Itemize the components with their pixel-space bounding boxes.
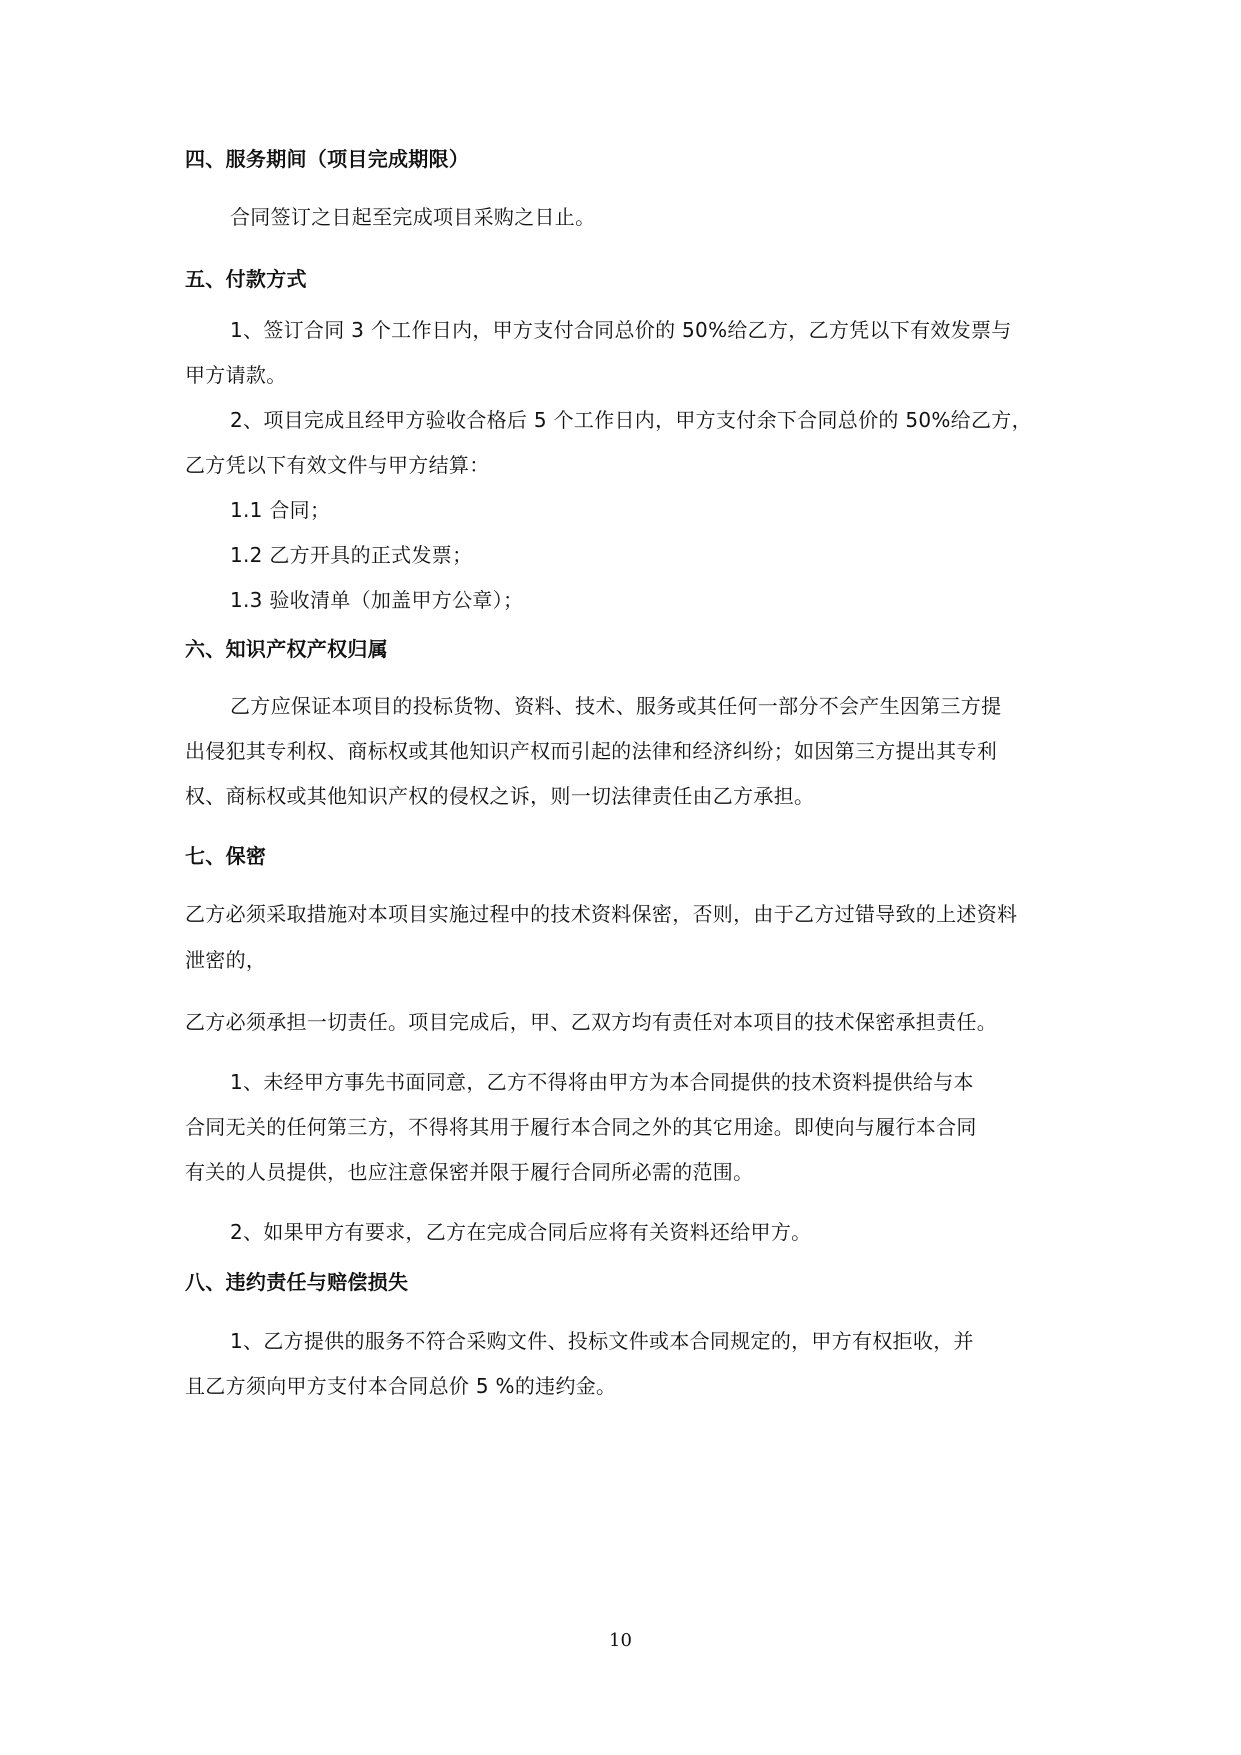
paragraph-line: 甲方请款。	[185, 361, 287, 389]
paragraph-line: 2、项目完成且经甲方验收合格后 5 个工作日内，甲方支付余下合同总价的 50%给…	[230, 406, 1032, 434]
paragraph-line: 泄密的，	[185, 946, 266, 974]
paragraph-line: 合同签订之日起至完成项目采购之日止。	[230, 203, 595, 231]
paragraph-line: 2、如果甲方有要求，乙方在完成合同后应将有关资料还给甲方。	[230, 1218, 811, 1246]
list-item: 1.2 乙方开具的正式发票；	[230, 541, 472, 569]
paragraph-line: 合同无关的任何第三方，不得将其用于履行本合同之外的其它用途。即使向与履行本合同	[185, 1113, 977, 1141]
paragraph-line: 1、签订合同 3 个工作日内，甲方支付合同总价的 50%给乙方，乙方凭以下有效发…	[230, 316, 1012, 344]
paragraph-line: 出侵犯其专利权、商标权或其他知识产权而引起的法律和经济纠纷；如因第三方提出其专利	[185, 737, 997, 765]
paragraph-line: 权、商标权或其他知识产权的侵权之诉，则一切法律责任由乙方承担。	[185, 782, 814, 810]
paragraph-line: 乙方必须承担一切责任。项目完成后，甲、乙双方均有责任对本项目的技术保密承担责任。	[185, 1008, 997, 1036]
section-heading: 八、违约责任与赔偿损失	[185, 1268, 408, 1296]
page-number: 10	[0, 1630, 1241, 1651]
paragraph-line: 有关的人员提供，也应注意保密并限于履行合同所必需的范围。	[185, 1158, 753, 1186]
paragraph-line: 且乙方须向甲方支付本合同总价 5 %的违约金。	[185, 1372, 616, 1400]
paragraph-line: 乙方凭以下有效文件与甲方结算：	[185, 451, 490, 479]
section-heading: 五、付款方式	[185, 265, 307, 293]
paragraph-line: 乙方应保证本项目的投标货物、资料、技术、服务或其任何一部分不会产生因第三方提	[230, 692, 1001, 720]
list-item: 1.1 合同；	[230, 496, 330, 524]
paragraph-line: 乙方必须采取措施对本项目实施过程中的技术资料保密，否则，由于乙方过错导致的上述资…	[185, 900, 1017, 928]
paragraph-line: 1、乙方提供的服务不符合采购文件、投标文件或本合同规定的，甲方有权拒收，并	[230, 1327, 974, 1355]
paragraph-line: 1、未经甲方事先书面同意，乙方不得将由甲方为本合同提供的技术资料提供给与本	[230, 1068, 974, 1096]
section-heading: 七、保密	[185, 842, 266, 870]
section-heading: 四、服务期间（项目完成期限）	[185, 145, 469, 173]
section-heading: 六、知识产权产权归属	[185, 635, 388, 663]
list-item: 1.3 验收清单（加盖甲方公章）；	[230, 586, 523, 614]
